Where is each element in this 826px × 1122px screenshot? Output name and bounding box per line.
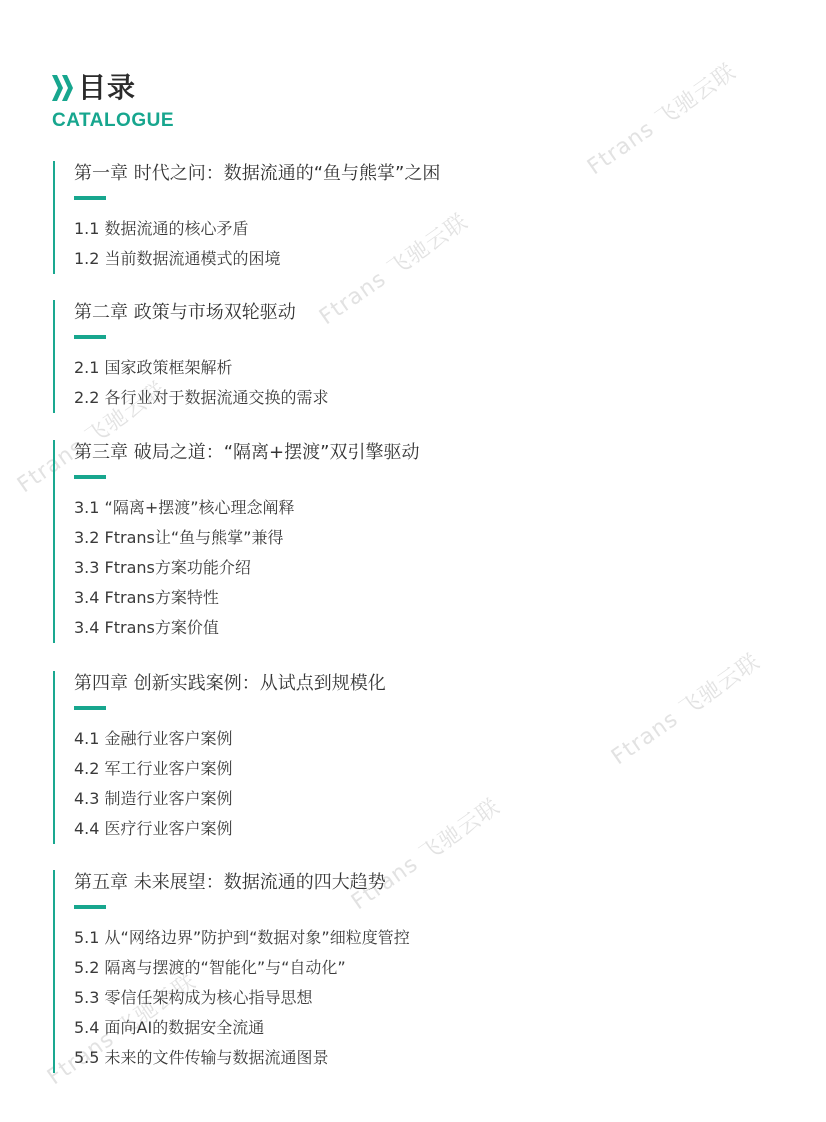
chapter-title[interactable]: 第三章 破局之道：“隔离+摆渡”双引擎驱动 — [74, 440, 419, 466]
toc-item[interactable]: 4.4 医疗行业客户案例 — [74, 814, 386, 844]
page-title: 目录 — [78, 70, 136, 106]
toc-item[interactable]: 3.1 “隔离+摆渡”核心理念阐释 — [74, 493, 419, 523]
catalogue-header: 目录 CATALOGUE — [52, 70, 174, 132]
page-subtitle: CATALOGUE — [52, 110, 174, 132]
toc-item[interactable]: 5.3 零信任架构成为核心指导思想 — [74, 983, 410, 1013]
toc-item[interactable]: 3.4 Ftrans方案价值 — [74, 613, 419, 643]
chapter-4: 第四章 创新实践案例：从试点到规模化 4.1 金融行业客户案例 4.2 军工行业… — [53, 671, 386, 844]
toc-item[interactable]: 4.1 金融行业客户案例 — [74, 724, 386, 754]
chapter-underline — [74, 905, 106, 909]
toc-item[interactable]: 5.5 未来的文件传输与数据流通图景 — [74, 1043, 410, 1073]
toc-item[interactable]: 4.3 制造行业客户案例 — [74, 784, 386, 814]
chapter-5: 第五章 未来展望：数据流通的四大趋势 5.1 从“网络边界”防护到“数据对象”细… — [53, 870, 410, 1073]
toc-item[interactable]: 2.2 各行业对于数据流通交换的需求 — [74, 383, 329, 413]
watermark: Ftrans 飞驰云联 — [604, 645, 765, 771]
chapter-underline — [74, 335, 106, 339]
toc-item[interactable]: 5.2 隔离与摆渡的“智能化”与“自动化” — [74, 953, 410, 983]
toc-item[interactable]: 1.2 当前数据流通模式的困境 — [74, 244, 440, 274]
chapter-3: 第三章 破局之道：“隔离+摆渡”双引擎驱动 3.1 “隔离+摆渡”核心理念阐释 … — [53, 440, 419, 643]
toc-item[interactable]: 4.2 军工行业客户案例 — [74, 754, 386, 784]
toc-item[interactable]: 5.4 面向AI的数据安全流通 — [74, 1013, 410, 1043]
double-chevron-right-icon — [52, 75, 74, 101]
chapter-underline — [74, 475, 106, 479]
chapter-title[interactable]: 第五章 未来展望：数据流通的四大趋势 — [74, 870, 410, 896]
chapter-title[interactable]: 第四章 创新实践案例：从试点到规模化 — [74, 671, 386, 697]
toc-item[interactable]: 3.2 Ftrans让“鱼与熊掌”兼得 — [74, 523, 419, 553]
toc-item[interactable]: 1.1 数据流通的核心矛盾 — [74, 214, 440, 244]
chapter-underline — [74, 706, 106, 710]
chapter-title[interactable]: 第一章 时代之问：数据流通的“鱼与熊掌”之困 — [74, 161, 440, 187]
watermark: Ftrans 飞驰云联 — [580, 55, 741, 181]
chapter-1: 第一章 时代之问：数据流通的“鱼与熊掌”之困 1.1 数据流通的核心矛盾 1.2… — [53, 161, 440, 274]
toc-item[interactable]: 2.1 国家政策框架解析 — [74, 353, 329, 383]
chapter-2: 第二章 政策与市场双轮驱动 2.1 国家政策框架解析 2.2 各行业对于数据流通… — [53, 300, 329, 413]
toc-item[interactable]: 3.3 Ftrans方案功能介绍 — [74, 553, 419, 583]
toc-item[interactable]: 3.4 Ftrans方案特性 — [74, 583, 419, 613]
chapter-title[interactable]: 第二章 政策与市场双轮驱动 — [74, 300, 329, 326]
toc-item[interactable]: 5.1 从“网络边界”防护到“数据对象”细粒度管控 — [74, 923, 410, 953]
chapter-underline — [74, 196, 106, 200]
